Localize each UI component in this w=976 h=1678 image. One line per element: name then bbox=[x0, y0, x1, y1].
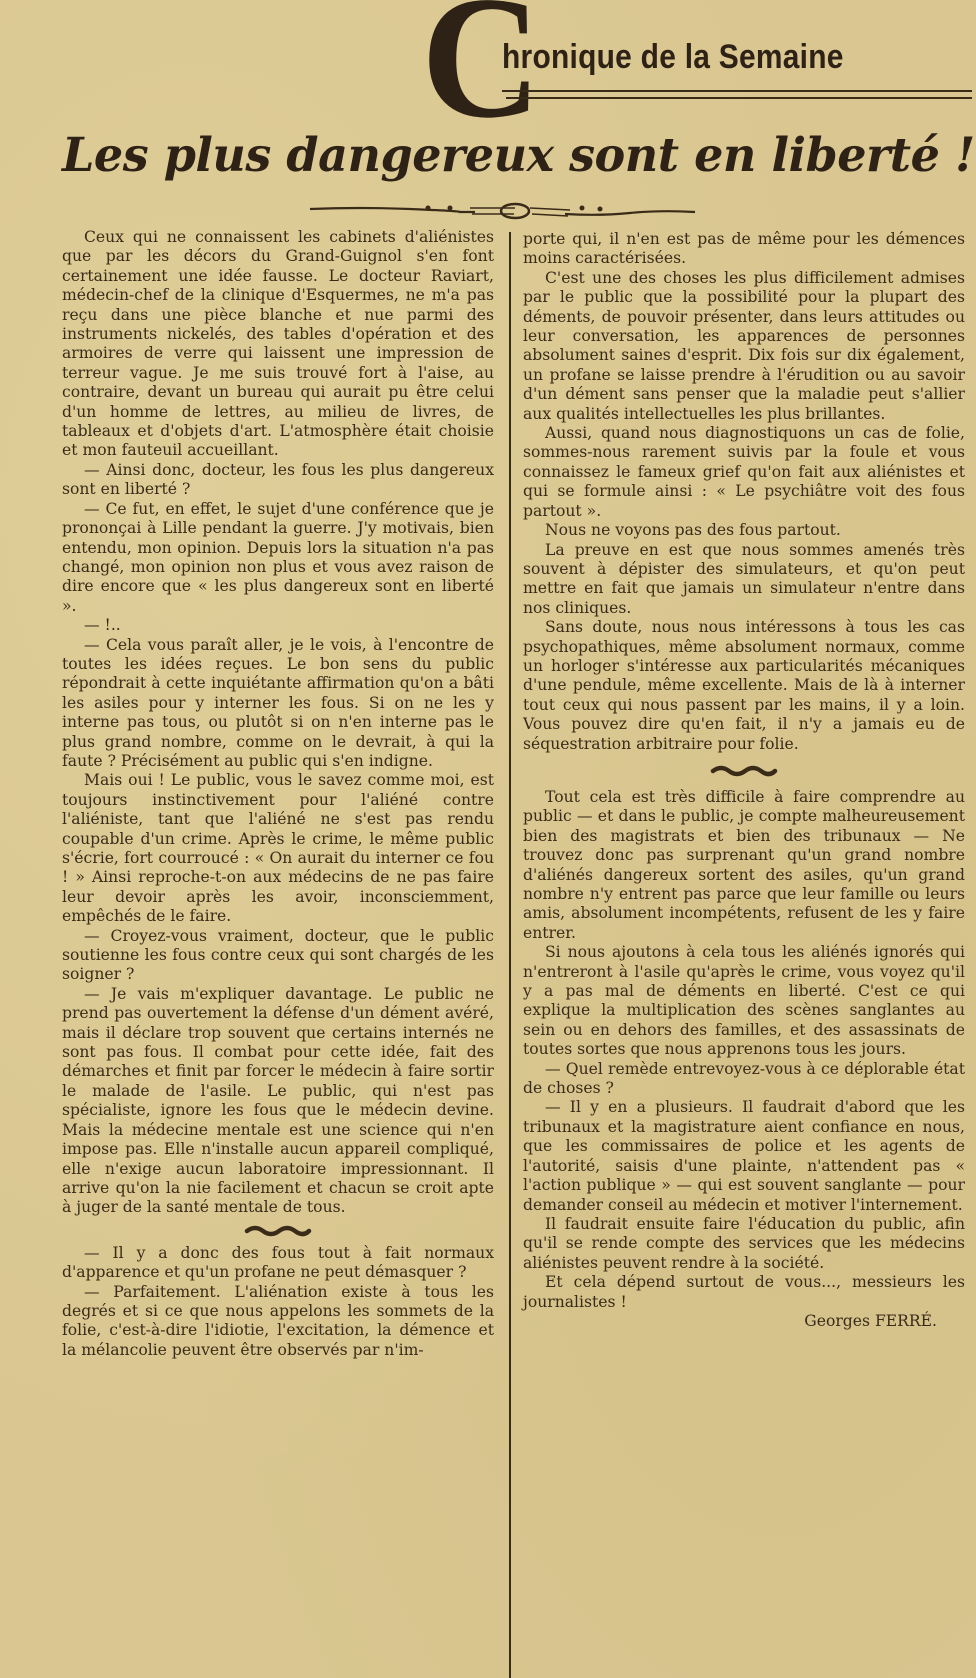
paragraph: Si nous ajoutons à cela tous les aliénés… bbox=[523, 943, 965, 1059]
paragraph: porte qui, il n'en est pas de même pour … bbox=[523, 230, 965, 269]
paragraph: Mais oui ! Le public, vous le savez comm… bbox=[62, 771, 494, 926]
paragraph: — Je vais m'expliquer davantage. Le publ… bbox=[62, 985, 494, 1218]
paragraph: — Parfaitement. L'aliénation existe à to… bbox=[62, 1283, 494, 1361]
headline: Les plus dangereux sont en liberté ! bbox=[62, 128, 944, 183]
paragraph: Et cela dépend surtout de vous..., messi… bbox=[523, 1273, 965, 1312]
paragraph: Nous ne voyons pas des fous partout. bbox=[523, 521, 965, 540]
column-rule bbox=[509, 232, 511, 1678]
masthead-rule bbox=[502, 90, 972, 92]
masthead-rule bbox=[506, 97, 972, 99]
author-signature: Georges FERRÉ. bbox=[523, 1312, 965, 1331]
article-column-right: porte qui, il n'en est pas de même pour … bbox=[523, 230, 965, 1331]
paragraph: Il faudrait ensuite faire l'éducation du… bbox=[523, 1215, 965, 1273]
paragraph: — !.. bbox=[62, 616, 494, 635]
masthead: C hronique de la Semaine bbox=[410, 0, 976, 125]
paragraph: — Quel remède entrevoyez-vous à ce déplo… bbox=[523, 1060, 965, 1099]
paragraph: Sans doute, nous nous intéressons à tous… bbox=[523, 618, 965, 754]
paragraph: — Il y en a plusieurs. Il faudrait d'abo… bbox=[523, 1098, 965, 1214]
wave-divider-icon bbox=[523, 754, 965, 788]
paragraph: — Il y a donc des fous tout à fait norma… bbox=[62, 1244, 494, 1283]
paragraph: — Croyez-vous vraiment, docteur, que le … bbox=[62, 927, 494, 985]
paragraph: Ceux qui ne connaissent les cabinets d'a… bbox=[62, 228, 494, 461]
section-title: hronique de la Semaine bbox=[502, 38, 844, 77]
paragraph: La preuve en est que nous sommes amenés … bbox=[523, 541, 965, 619]
article-column-left: Ceux qui ne connaissent les cabinets d'a… bbox=[62, 228, 494, 1360]
paragraph: C'est une des choses les plus difficilem… bbox=[523, 269, 965, 424]
wave-divider-icon bbox=[62, 1218, 494, 1244]
scroll-divider-icon bbox=[300, 200, 700, 220]
paragraph: — Cela vous paraît aller, je le vois, à … bbox=[62, 636, 494, 772]
paragraph: — Ce fut, en effet, le sujet d'une confé… bbox=[62, 500, 494, 616]
paragraph: Tout cela est très difficile à faire com… bbox=[523, 788, 965, 943]
paragraph: — Ainsi donc, docteur, les fous les plus… bbox=[62, 461, 494, 500]
paragraph: Aussi, quand nous diagnostiquons un cas … bbox=[523, 424, 965, 521]
